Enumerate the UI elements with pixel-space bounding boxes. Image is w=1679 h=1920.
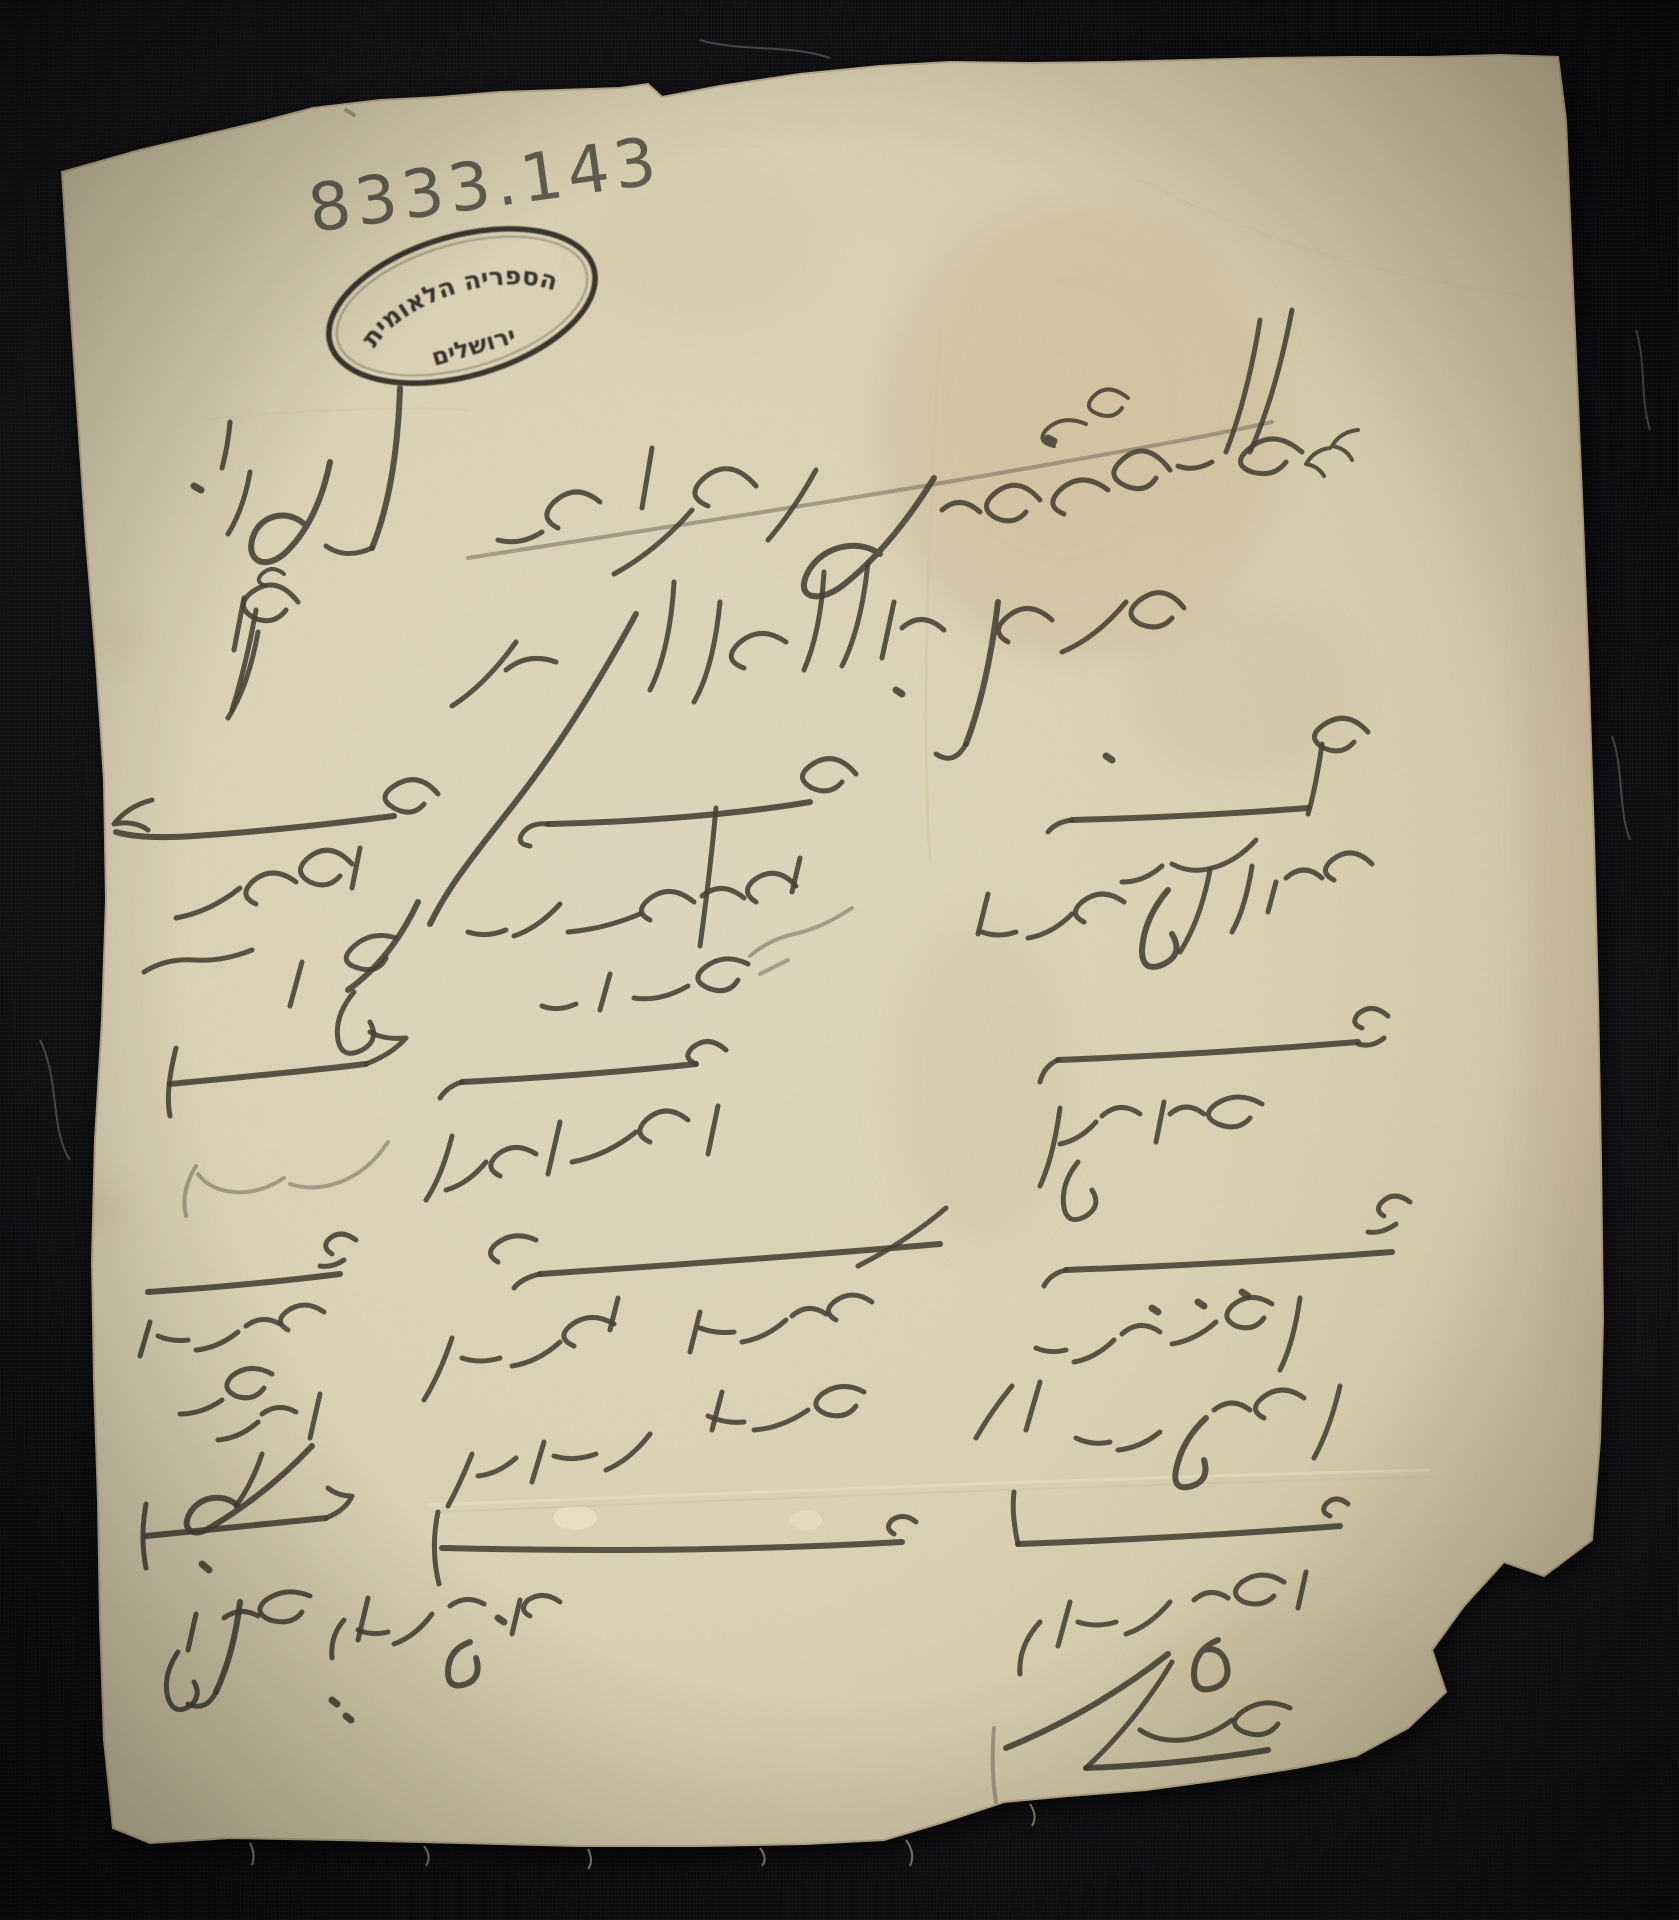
photograph-of-manuscript: 8333.143 הספריה הלאומית ירושלים <box>0 0 1679 1920</box>
manuscript-photo-svg: 8333.143 הספריה הלאומית ירושלים <box>0 0 1679 1920</box>
paper-texture-and-stains <box>40 40 1650 1870</box>
